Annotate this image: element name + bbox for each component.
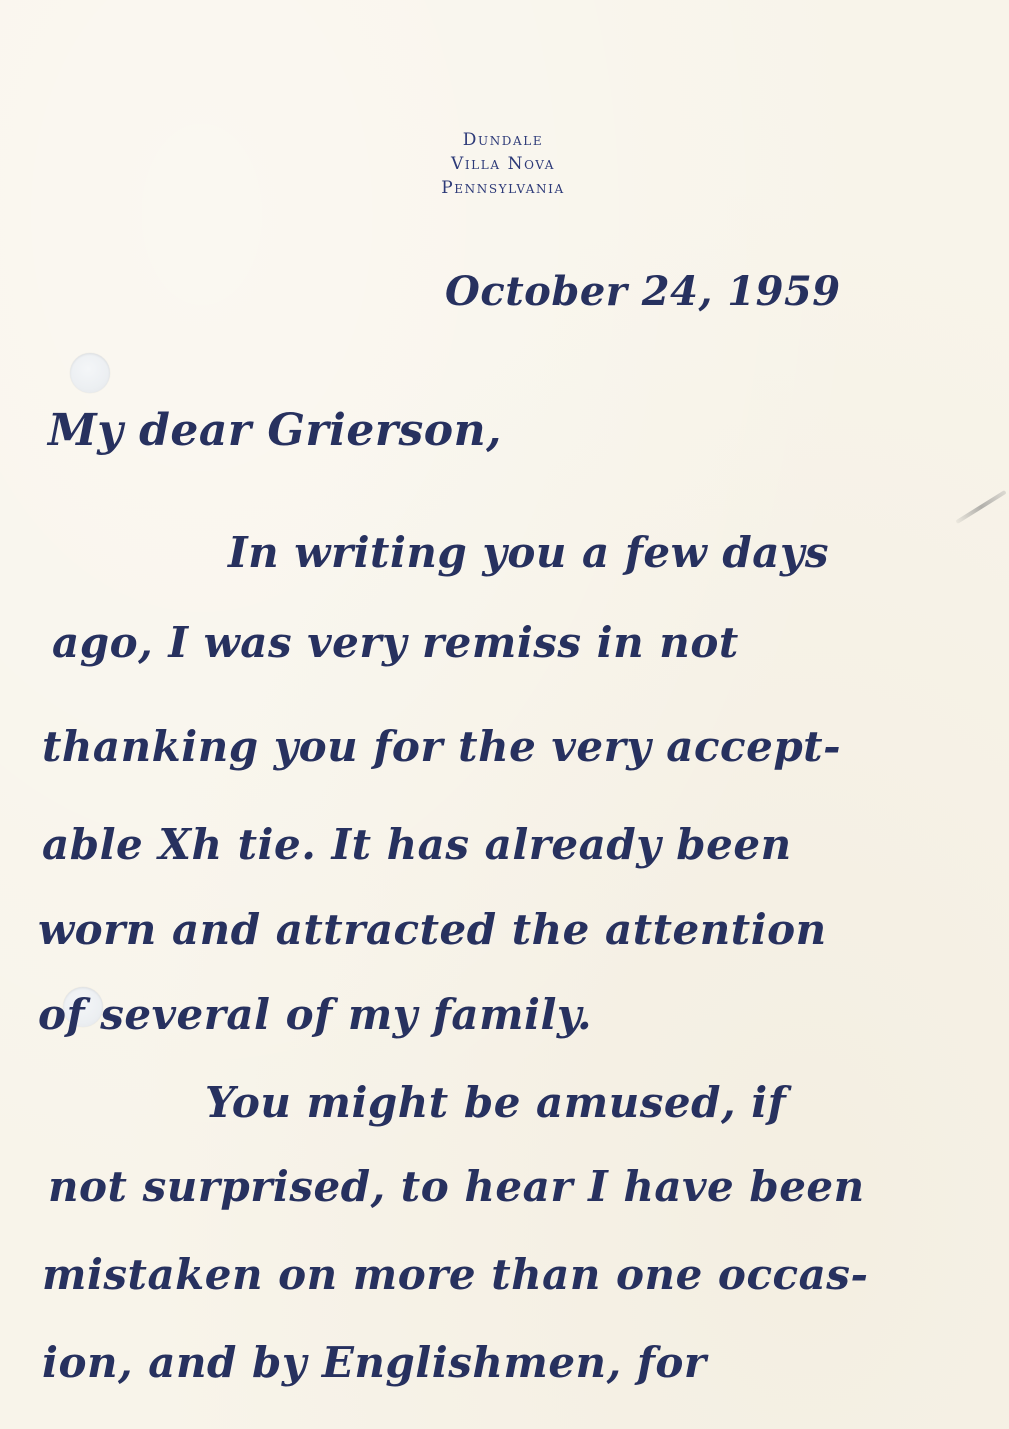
- body-line: worn and attracted the attention: [38, 905, 827, 954]
- body-line: mistaken on more than one occas-: [42, 1250, 868, 1299]
- letter-page: Dundale Villa Nova Pennsylvania October …: [0, 0, 1009, 1429]
- body-line: able Xh tie. It has already been: [42, 820, 792, 869]
- letterhead-estate: Dundale: [400, 128, 606, 152]
- letterhead-town: Villa Nova: [400, 152, 606, 176]
- body-line: not surprised, to hear I have been: [48, 1162, 865, 1211]
- letterhead-state: Pennsylvania: [400, 176, 606, 200]
- letterhead: Dundale Villa Nova Pennsylvania: [400, 128, 606, 200]
- body-line: thanking you for the very accept-: [42, 722, 841, 771]
- body-line: In writing you a few days: [228, 528, 829, 577]
- body-line: of several of my family.: [38, 990, 592, 1039]
- body-line: You might be amused, if: [205, 1078, 786, 1127]
- salutation: My dear Grierson,: [48, 405, 502, 456]
- body-line: ion, and by Englishmen, for: [42, 1338, 707, 1387]
- punched-hole: [70, 353, 110, 393]
- margin-mark: [955, 490, 1006, 524]
- body-line: ago, I was very remiss in not: [52, 618, 739, 667]
- letter-date: October 24, 1959: [445, 268, 841, 315]
